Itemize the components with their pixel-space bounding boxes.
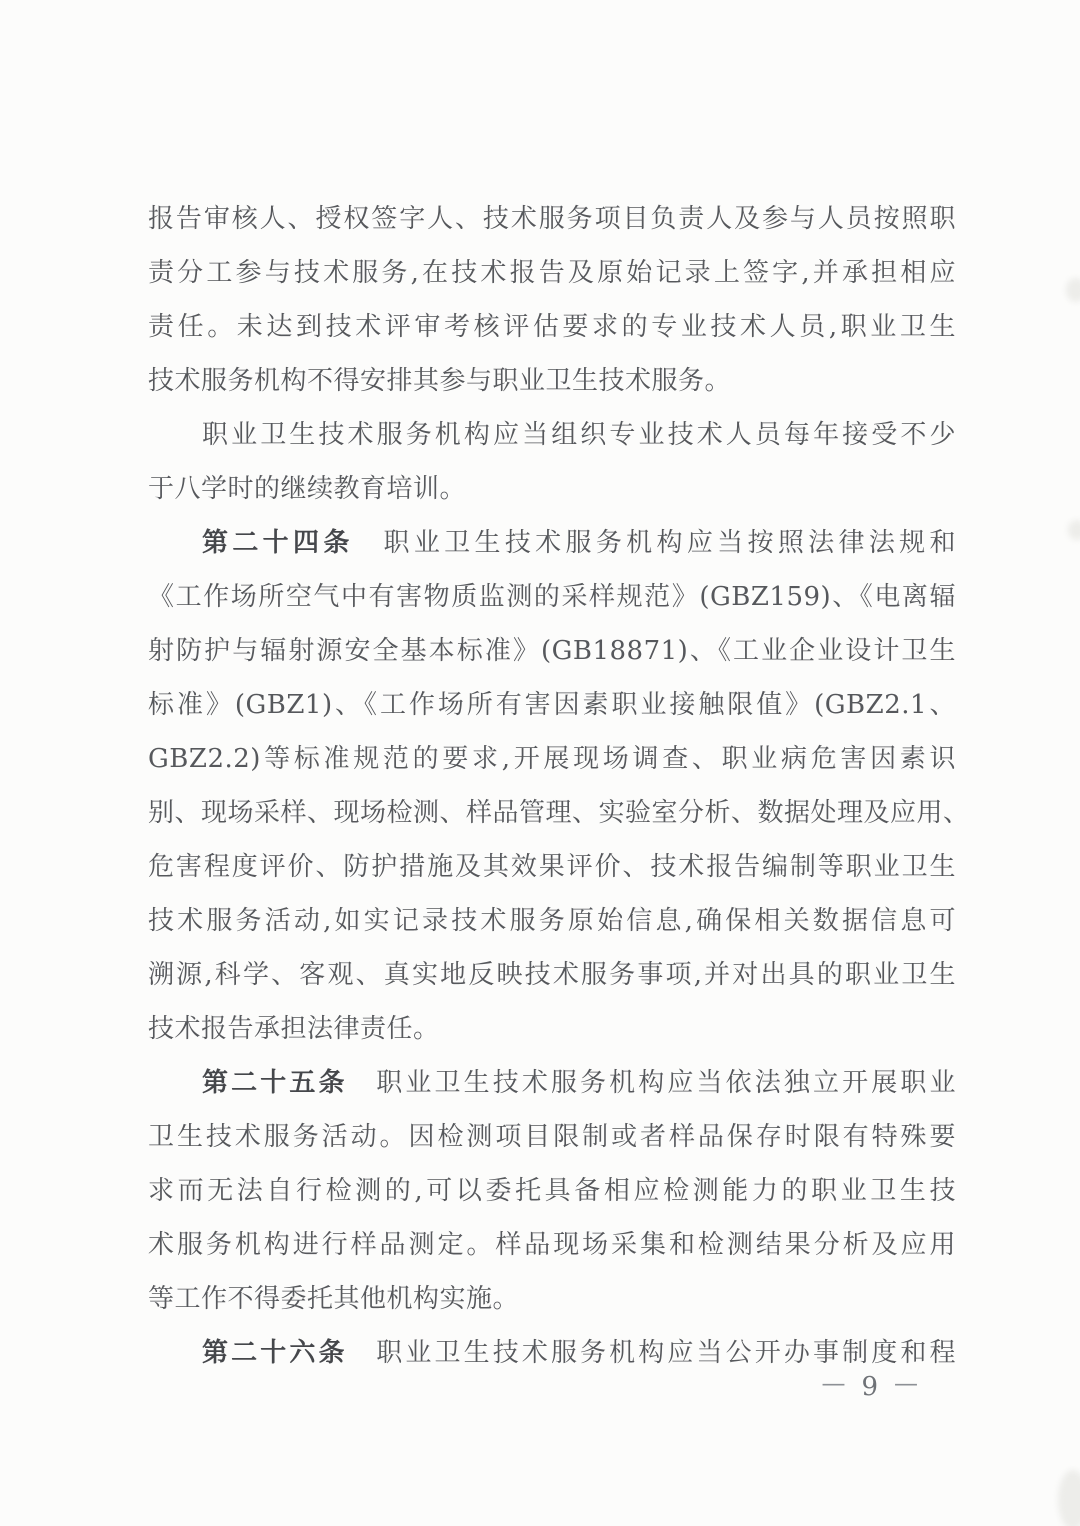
article-number: 第二十六条	[202, 1338, 348, 1368]
page-number: 9	[857, 1372, 884, 1402]
text-line: 等工作不得委托其他机构实施。	[148, 1272, 956, 1326]
scan-artifact	[1068, 520, 1080, 540]
text-line: 于八学时的继续教育培训。	[148, 462, 956, 516]
text-line: 技术报告承担法律责任。	[148, 1002, 956, 1056]
footer-dash-right: —	[884, 1369, 930, 1397]
text-line-article-25: 第二十五条职业卫生技术服务机构应当依法独立开展职业	[148, 1056, 956, 1110]
article-number: 第二十五条	[202, 1068, 348, 1098]
article-text: 职业卫生技术服务机构应当依法独立开展职业	[374, 1068, 956, 1098]
text-line: 《工作场所空气中有害物质监测的采样规范》(GBZ159)、《电离辐	[148, 570, 956, 624]
text-line: 标准》(GBZ1)、《工作场所有害因素职业接触限值》(GBZ2.1、	[148, 678, 956, 732]
article-text: 职业卫生技术服务机构应当按照法律法规和	[380, 528, 956, 558]
text-line: 溯源,科学、客观、真实地反映技术服务事项,并对出具的职业卫生	[148, 948, 956, 1002]
text-line: 射防护与辐射源安全基本标准》(GB18871)、《工业企业设计卫生	[148, 624, 956, 678]
scan-artifact	[1066, 278, 1080, 302]
text-line: 危害程度评价、防护措施及其效果评价、技术报告编制等职业卫生	[148, 840, 956, 894]
text-line: 求而无法自行检测的,可以委托具备相应检测能力的职业卫生技	[148, 1164, 956, 1218]
text-line: 责任。未达到技术评审考核评估要求的专业技术人员,职业卫生	[148, 300, 956, 354]
text-line: GBZ2.2)等标准规范的要求,开展现场调查、职业病危害因素识	[148, 732, 956, 786]
text-line: 职业卫生技术服务机构应当组织专业技术人员每年接受不少	[148, 408, 956, 462]
text-line: 报告审核人、授权签字人、技术服务项目负责人及参与人员按照职	[148, 192, 956, 246]
document-page: 报告审核人、授权签字人、技术服务项目负责人及参与人员按照职 责分工参与技术服务,…	[0, 0, 1080, 1526]
footer-dash-left: —	[811, 1369, 857, 1397]
document-body: 报告审核人、授权签字人、技术服务项目负责人及参与人员按照职 责分工参与技术服务,…	[148, 192, 956, 1380]
article-number: 第二十四条	[202, 528, 354, 558]
text-line: 别、现场采样、现场检测、样品管理、实验室分析、数据处理及应用、	[148, 786, 956, 840]
text-line: 卫生技术服务活动。因检测项目限制或者样品保存时限有特殊要	[148, 1110, 956, 1164]
scan-artifact	[1058, 1470, 1080, 1526]
text-line-article-24: 第二十四条职业卫生技术服务机构应当按照法律法规和	[148, 516, 956, 570]
text-line: 术服务机构进行样品测定。样品现场采集和检测结果分析及应用	[148, 1218, 956, 1272]
text-line: 责分工参与技术服务,在技术报告及原始记录上签字,并承担相应	[148, 246, 956, 300]
page-footer: —9—	[0, 1372, 930, 1402]
text-line: 技术服务机构不得安排其参与职业卫生技术服务。	[148, 354, 956, 408]
article-text: 职业卫生技术服务机构应当公开办事制度和程	[374, 1338, 956, 1368]
text-line: 技术服务活动,如实记录技术服务原始信息,确保相关数据信息可	[148, 894, 956, 948]
